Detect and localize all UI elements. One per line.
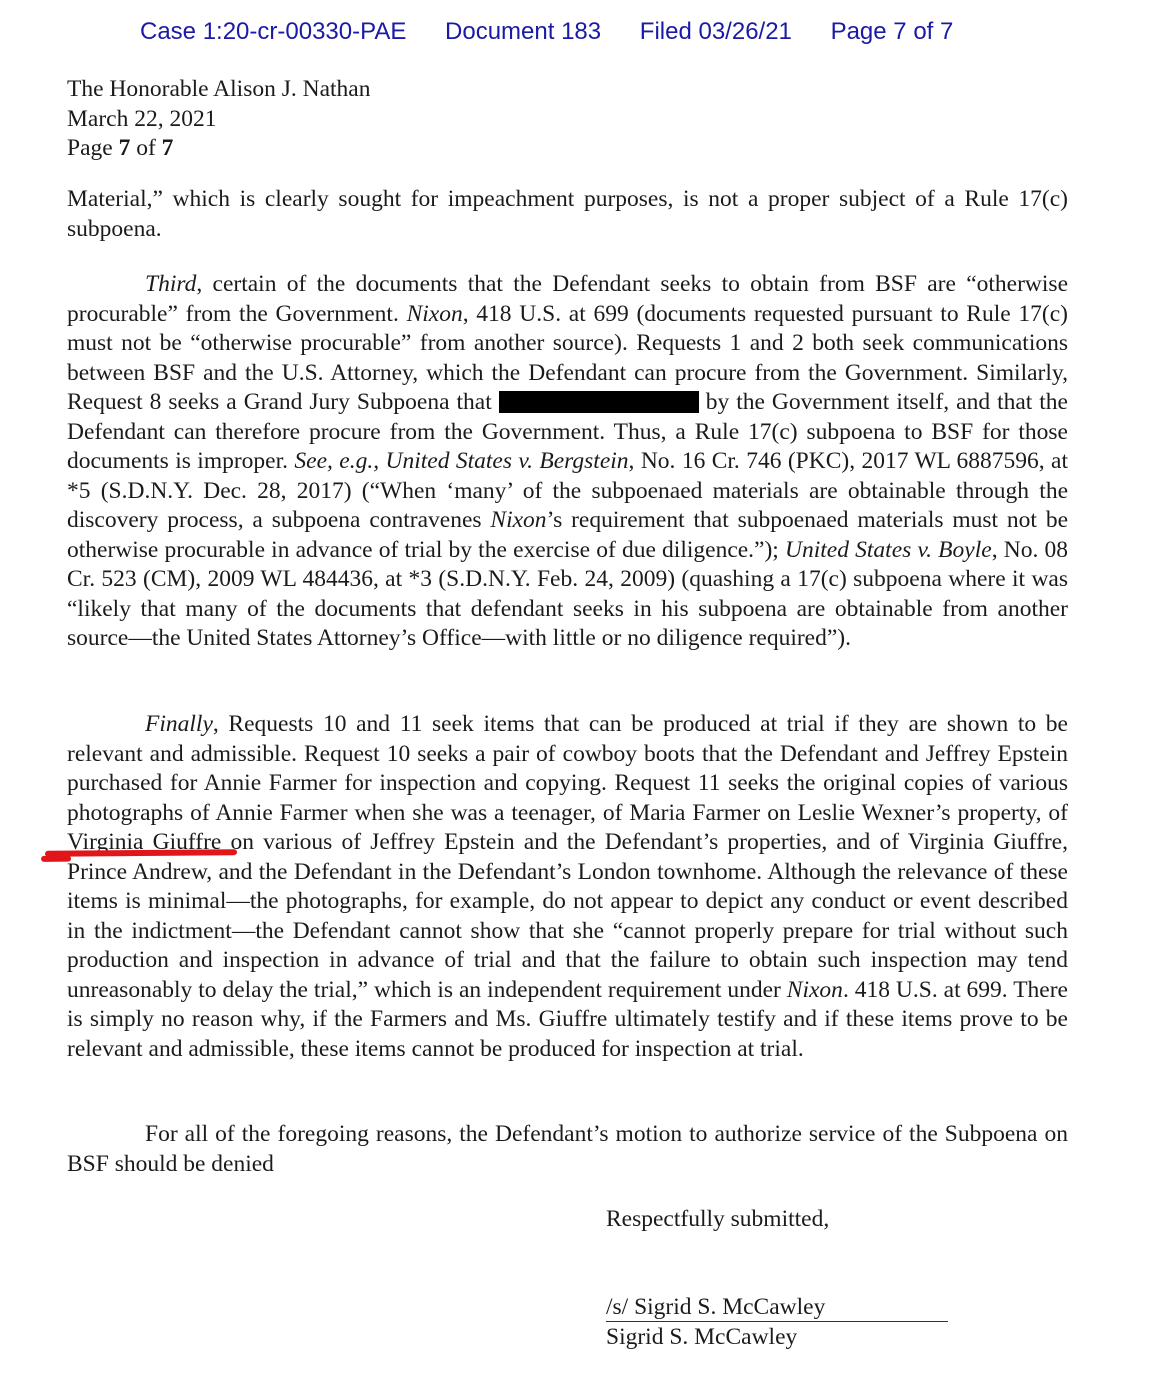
document-number: Document 183 [445, 18, 601, 46]
electronic-signature: /s/ Sigrid S. McCawley [606, 1293, 948, 1322]
letter-address-block: The Honorable Alison J. Nathan March 22,… [67, 75, 1068, 164]
ecf-header: Case 1:20-cr-00330-PAE Document 183 File… [140, 18, 985, 46]
redaction-box [499, 391, 699, 413]
page-indicator: Page 7 of 7 [831, 18, 954, 46]
paragraph-finally: Finally, Requests 10 and 11 seek items t… [67, 710, 1068, 1064]
paragraph-continuation: Material,” which is clearly sought for i… [67, 185, 1068, 244]
signer-name: Sigrid S. McCawley [606, 1323, 1161, 1353]
recipient: The Honorable Alison J. Nathan [67, 75, 1068, 105]
letter-page: Page 7 of 7 [67, 134, 1068, 164]
filed-date: Filed 03/26/21 [640, 18, 792, 46]
highlighted-name: Leslie Wexner’s [798, 800, 951, 826]
closing: Respectfully submitted, [606, 1205, 1161, 1235]
letter-date: March 22, 2021 [67, 105, 1068, 135]
paragraph-conclusion: For all of the foregoing reasons, the De… [67, 1120, 1068, 1179]
paragraph-third: Third, certain of the documents that the… [67, 270, 1068, 654]
case-number: Case 1:20-cr-00330-PAE [140, 18, 406, 46]
